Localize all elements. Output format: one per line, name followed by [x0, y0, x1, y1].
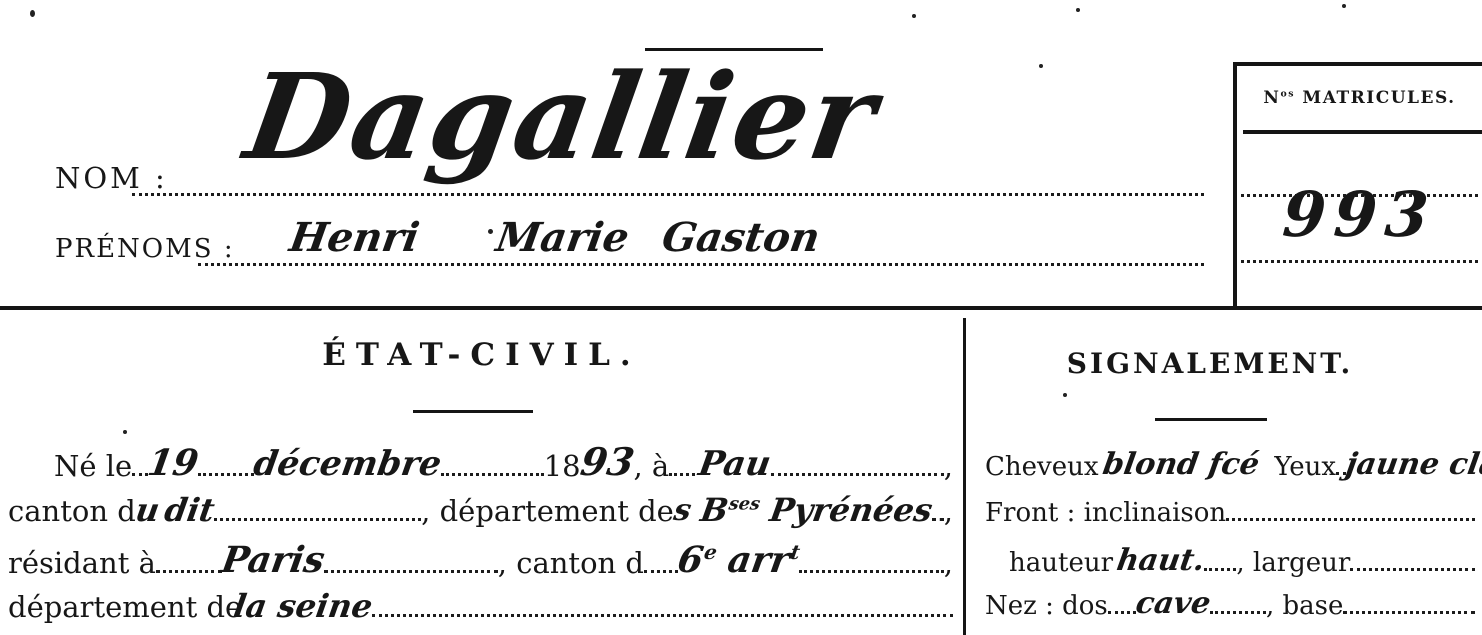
- arrondissement-word: arr: [712, 539, 792, 581]
- cheveux-value: blond fcé: [1100, 450, 1261, 480]
- yeux-label: Yeux: [1274, 454, 1336, 480]
- cheveux-yeux-line: Cheveux blond fcé Yeux jaune clair: [985, 450, 1475, 480]
- departement-abbrev-sup: ses: [727, 493, 761, 514]
- scan-speck: [912, 14, 916, 18]
- hauteur-value: haut.: [1115, 546, 1207, 576]
- dotted-fill: [1204, 568, 1236, 571]
- departement-label: , département de: [421, 497, 674, 526]
- departement-value: Bses Pyrénées: [698, 494, 934, 526]
- matricules-box: Nos MATRICULES. 993: [1233, 62, 1482, 307]
- dotted-fill: [441, 473, 543, 476]
- birth-month-value: décembre: [252, 447, 444, 481]
- dotted-fill: [1108, 611, 1136, 614]
- dotted-fill: [799, 570, 944, 573]
- dotted-fill: [324, 570, 498, 573]
- line-comma: ,: [944, 497, 953, 526]
- scan-speck: [30, 10, 35, 17]
- canton-dit-value: dit: [163, 494, 217, 526]
- etat-civil-underline: [413, 410, 533, 413]
- matricules-title-n: N: [1263, 88, 1280, 108]
- base-label: , base: [1266, 593, 1343, 619]
- residence-line: résidant à Paris , canton d 6e arrt ,: [8, 542, 953, 578]
- dotted-fill: [1210, 611, 1266, 614]
- birth-line: Né le 19 décembre 18 93 , à Pau ,: [8, 443, 953, 481]
- nez-line: Nez : dos cave , base: [985, 589, 1475, 619]
- dotted-fill: [644, 570, 678, 573]
- residence-canton-label: , canton d: [498, 549, 644, 578]
- departement-residence-line: département de la seine: [8, 590, 953, 622]
- residence-place-value: Paris: [219, 542, 327, 578]
- matricules-dotted-line: [1241, 260, 1478, 263]
- nom-dotted-line: [132, 193, 1204, 196]
- matricules-rule: [1243, 130, 1482, 134]
- canton-hw-u: u: [133, 494, 161, 526]
- dotted-fill: [198, 473, 254, 476]
- matricules-title: Nos MATRICULES.: [1237, 88, 1482, 108]
- front-label: Front : inclinaison: [985, 500, 1226, 526]
- dotted-fill: [1343, 611, 1475, 614]
- arrondissement-word-sup: t: [789, 540, 802, 564]
- scan-speck: [1342, 4, 1346, 8]
- cheveux-label: Cheveux: [985, 454, 1099, 480]
- dotted-fill: [156, 570, 222, 573]
- section-divider: [0, 306, 1482, 310]
- residant-label: résidant à: [8, 549, 156, 578]
- prenoms-label: PRÉNOMS :: [55, 236, 235, 262]
- matricule-number: 993: [1235, 184, 1482, 246]
- scan-speck: [1063, 393, 1067, 397]
- nez-dos-value: cave: [1133, 589, 1212, 619]
- arrondissement-value: 6e arrt: [675, 542, 801, 578]
- birth-century-printed: 18: [544, 452, 581, 481]
- etat-civil-heading: ÉTAT-CIVIL.: [0, 340, 963, 371]
- scan-speck: [1039, 64, 1043, 68]
- registration-form-page: NOM : Dagallier PRÉNOMS : HenriMarieGast…: [0, 0, 1482, 635]
- departement-abbrev-b: B: [698, 491, 731, 529]
- line-comma: ,: [944, 549, 953, 578]
- arrondissement-number: 6: [675, 539, 707, 581]
- prenoms-dotted-line: [198, 263, 1204, 266]
- birth-day-value: 19: [145, 445, 201, 481]
- nom-handwritten-value: Dagallier: [239, 58, 885, 176]
- departement2-value: la seine: [232, 590, 375, 622]
- dotted-fill: [771, 473, 944, 476]
- prenom-second: Marie: [493, 214, 632, 261]
- dotted-fill: [1226, 518, 1475, 521]
- scan-speck: [123, 430, 127, 434]
- prenom-third: Gaston: [659, 214, 823, 261]
- prenoms-handwritten-value: HenriMarieGaston: [287, 218, 823, 258]
- dotted-fill: [372, 614, 953, 617]
- departement-name: Pyrénées: [756, 491, 935, 529]
- departement-hw-s: s: [671, 496, 693, 526]
- canton-label: canton d: [8, 497, 136, 526]
- ne-le-label: Né le: [8, 452, 132, 481]
- scan-speck: [1076, 8, 1080, 12]
- front-line: Front : inclinaison: [985, 500, 1475, 526]
- largeur-label: , largeur: [1236, 550, 1350, 576]
- dotted-fill: [669, 473, 695, 476]
- dotted-fill: [1350, 568, 1475, 571]
- dotted-fill: [214, 518, 421, 521]
- yeux-value: jaune clair: [1344, 450, 1482, 480]
- canton-line: canton d u dit , département de s Bses P…: [8, 494, 953, 526]
- signalement-heading: SIGNALEMENT.: [955, 350, 1465, 378]
- matricules-title-sup: os: [1280, 88, 1295, 99]
- matricules-title-rest: MATRICULES.: [1295, 88, 1456, 108]
- hauteur-largeur-line: hauteur haut. , largeur: [985, 546, 1475, 576]
- departement2-label: département de: [8, 593, 242, 622]
- nez-label: Nez : dos: [985, 593, 1108, 619]
- birth-year-value: 93: [578, 443, 637, 481]
- dotted-fill: [932, 518, 944, 521]
- prenom-first: Henri: [286, 214, 422, 261]
- birth-place-value: Pau: [697, 447, 774, 481]
- nom-label: NOM :: [55, 164, 168, 193]
- line-comma: ,: [944, 452, 953, 481]
- signalement-underline: [1155, 418, 1267, 421]
- hauteur-label: hauteur: [985, 550, 1113, 576]
- a-label: , à: [634, 452, 670, 481]
